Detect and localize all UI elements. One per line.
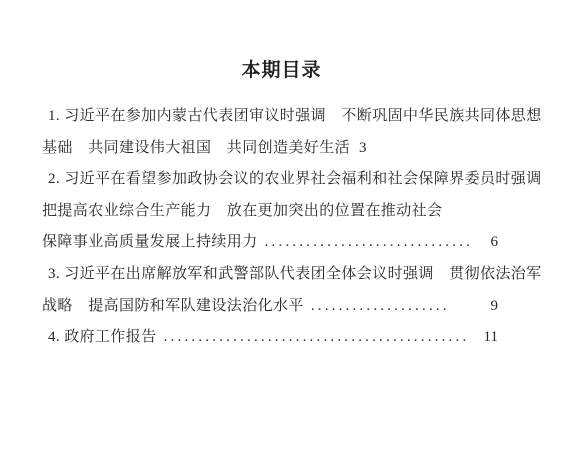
toc-line: 3. 习近平在出席解放军和武警部队代表团全体会议时强调 贯彻依法治军 <box>42 259 498 291</box>
toc-page-number: 9 <box>481 291 499 323</box>
toc-list: 1. 习近平在参加内蒙古代表团审议时强调 不断巩固中华民族共同体思想 基础 共同… <box>0 101 563 354</box>
toc-line-text: 4. 政府工作报告 <box>48 322 157 354</box>
toc-line-text: 基础 共同建设伟大祖国 共同创造美好生活 <box>42 133 350 165</box>
toc-line-text: 保障事业高质量发展上持续用力 <box>42 227 258 259</box>
toc-leader-dots: ........................................… <box>157 322 474 354</box>
page-title: 本期目录 <box>0 0 563 83</box>
document-page: 本期目录 1. 习近平在参加内蒙古代表团审议时强调 不断巩固中华民族共同体思想 … <box>0 0 563 451</box>
toc-line-text: 3. 习近平在出席解放军和武警部队代表团全体会议时强调 贯彻依法治军 <box>48 259 542 291</box>
toc-line: 保障事业高质量发展上持续用力 .........................… <box>42 227 498 259</box>
toc-line: 战略 提高国防和军队建设法治化水平 .................... 9 <box>42 291 498 323</box>
toc-page-number: 3 <box>350 133 367 165</box>
toc-line: 把提高农业综合生产能力 放在更加突出的位置在推动社会 <box>42 196 498 228</box>
toc-line-text: 1. 习近平在参加内蒙古代表团审议时强调 不断巩固中华民族共同体思想 <box>48 101 542 133</box>
toc-line-text: 战略 提高国防和军队建设法治化水平 <box>42 291 304 323</box>
toc-line: 2. 习近平在看望参加政协会议的农业界社会福利和社会保障界委员时强调 <box>42 164 498 196</box>
toc-leader-dots: .............................. <box>258 227 481 259</box>
toc-line: 1. 习近平在参加内蒙古代表团审议时强调 不断巩固中华民族共同体思想 <box>42 101 498 133</box>
toc-line-text: 把提高农业综合生产能力 放在更加突出的位置在推动社会 <box>42 196 442 228</box>
toc-leader-dots: .................... <box>304 291 481 323</box>
toc-line: 基础 共同建设伟大祖国 共同创造美好生活 3 <box>42 133 498 165</box>
toc-page-number: 11 <box>474 322 498 354</box>
toc-page-number: 6 <box>481 227 499 259</box>
toc-line-text: 2. 习近平在看望参加政协会议的农业界社会福利和社会保障界委员时强调 <box>48 164 542 196</box>
toc-line: 4. 政府工作报告 ..............................… <box>42 322 498 354</box>
